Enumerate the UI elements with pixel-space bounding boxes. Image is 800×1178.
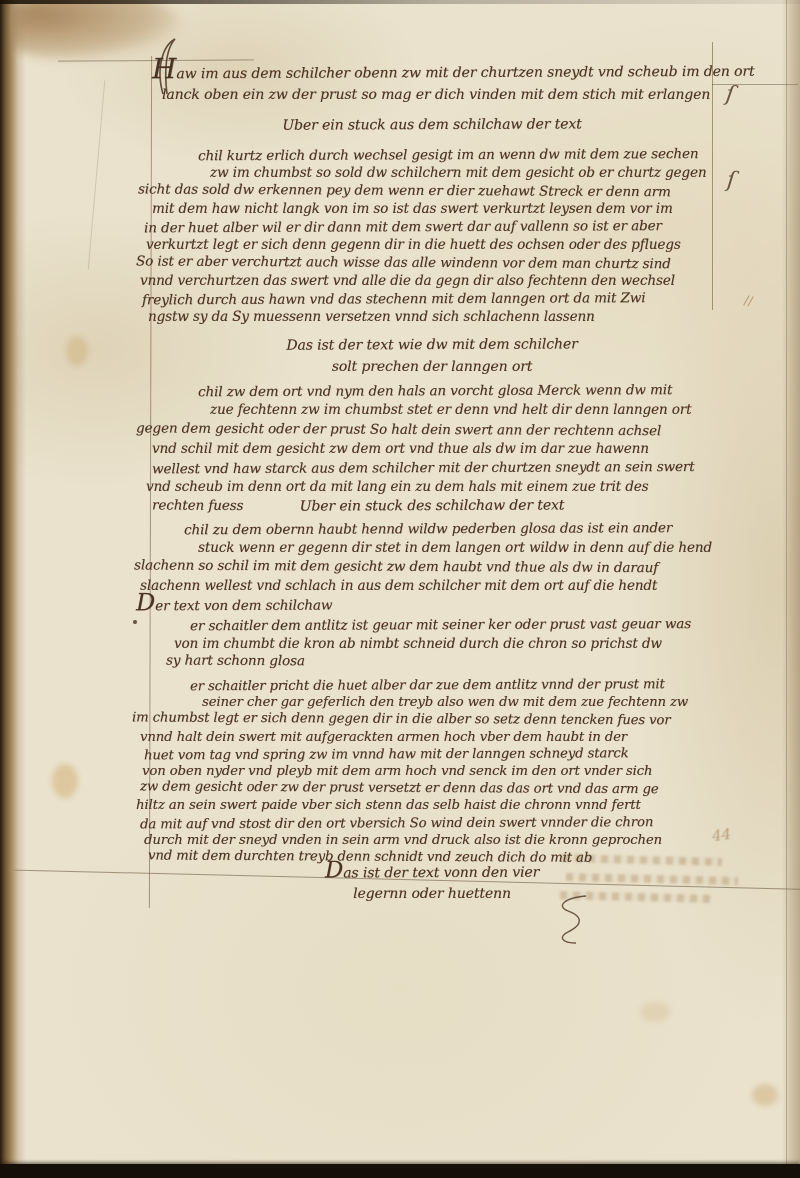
manuscript-photo: Haw im aus dem schilcher obenn zw mit de… — [0, 0, 800, 1178]
text-line: stuck wenn er gegenn dir stet in dem lan… — [198, 539, 752, 558]
text-line: Der text von dem schilchaw — [136, 595, 752, 617]
text-line: huet vom tag vnd spring zw im vnnd haw m… — [144, 744, 752, 764]
text-line: er schaitler pricht die huet alber dar z… — [190, 676, 752, 696]
text-line: ngstw sy da Sy muessenn versetzen vnnd s… — [148, 308, 752, 326]
text-line: in der huet alber wil er dir dann mit de… — [144, 217, 752, 238]
glosa-haubt: chil zu dem obernn haubt hennd wildw ped… — [152, 520, 752, 615]
fore-edge-line — [786, 0, 787, 1166]
text-line: er schaitler dem antlitz ist geuar mit s… — [190, 615, 752, 636]
text-line: zw im chumbst so sold dw schilchern mit … — [210, 164, 752, 182]
paragraph-opening-couplet: Haw im aus dem schilcher obenn zw mit de… — [152, 62, 752, 106]
text-line: Uber ein stuck des schilchaw der text — [152, 495, 712, 517]
text-line: da mit auf vnd stost dir den ort vbersic… — [140, 813, 752, 833]
scan-background — [0, 1164, 800, 1178]
initial-ascender-flourish — [141, 36, 181, 96]
text-line: vnd schil mit dem gesicht zw dem ort vnd… — [152, 440, 752, 459]
text-line: chil zu dem obernn haubt hennd wildw ped… — [184, 519, 752, 540]
text-line: solt prechen der lanngen ort — [152, 356, 712, 378]
text-line: Das ist der text vonn den vier — [152, 862, 712, 885]
closing-flourish — [548, 894, 612, 946]
margin-dot — [133, 620, 137, 624]
text-line: durch mit der sneyd vnden in sein arm vn… — [144, 832, 752, 849]
text-line: zue fechtenn zw im chumbst stet er denn … — [210, 401, 752, 420]
text-line: von im chumbt die kron ab nimbt schneid … — [174, 635, 752, 654]
text-line: Das ist der text wie dw mit dem schilche… — [152, 333, 712, 357]
folio-number: 44 — [711, 825, 732, 845]
text-line: slachenn wellest vnd schlach in aus dem … — [140, 577, 752, 596]
glosa-schilchaw: chil kurtz erlich durch wechsel gesigt i… — [152, 146, 752, 326]
text-line: chil zw dem ort vnd nym den hals an vorc… — [198, 381, 752, 403]
heading-schilchaw-stuck-2: Uber ein stuck des schilchaw der text — [152, 496, 712, 516]
stain — [640, 1002, 670, 1022]
text-line: zw dem gesicht oder zw der prust versetz… — [140, 779, 752, 799]
text-line: Uber ein stuck aus dem schilchaw der tex… — [152, 114, 712, 136]
text-line: mit dem haw nicht langk von im so ist da… — [152, 200, 752, 218]
paper-crease — [88, 80, 106, 269]
text-line: chil kurtz erlich durch wechsel gesigt i… — [198, 145, 752, 165]
text-line: sicht das sold dw erkennen pey dem wenn … — [138, 180, 752, 201]
heading-vier-leger: Das ist der text vonn den vierlegernn od… — [152, 863, 712, 905]
margin-slash-mark: // — [743, 293, 755, 309]
heading-langort-brechen: Das ist der text wie dw mit dem schilche… — [152, 334, 712, 378]
text-line: slachenn so schil im mit dem gesicht zw … — [134, 556, 752, 578]
text-line: verkurtzt legt er sich denn gegenn dir i… — [146, 236, 752, 254]
text-line: vnnd halt dein swert mit aufgerackten ar… — [140, 729, 752, 746]
text-line: legernn oder huettenn — [152, 884, 712, 905]
parchment-page: Haw im aus dem schilcher obenn zw mit de… — [0, 0, 800, 1166]
text-line: von oben nyder vnd pleyb mit dem arm hoc… — [142, 763, 752, 780]
binding-gutter — [0, 0, 26, 1166]
text-line: gegen dem gesicht oder der prust So halt… — [136, 419, 752, 442]
stain — [52, 764, 78, 798]
fore-edge — [782, 0, 800, 1166]
stain — [752, 1084, 778, 1106]
top-edge-shadow — [0, 0, 800, 4]
text-line: sy hart schonn glosa — [166, 651, 752, 673]
text-line: seiner cher gar geferlich den treyb also… — [202, 694, 752, 711]
text-line: freylich durch aus hawn vnd das stechenn… — [142, 289, 752, 310]
text-line: hiltz an sein swert paide vber sich sten… — [136, 797, 752, 814]
glosa-schaitler: er schaitler pricht die huet alber dar z… — [152, 677, 752, 866]
text-line: Haw im aus dem schilcher obenn zw mit de… — [152, 61, 752, 86]
stain — [66, 336, 88, 366]
text-line: So ist er aber verchurtzt auch wisse das… — [136, 252, 752, 273]
text-line: vnnd verchurtzen das swert vnd alle die … — [140, 272, 752, 290]
text-line: wellest vnd haw starck aus dem schilcher… — [152, 458, 752, 480]
text-line: im chumbst legt er sich denn gegen dir i… — [132, 710, 752, 730]
text-schaitler: er schaitler dem antlitz ist geuar mit s… — [152, 616, 752, 672]
text-line: lanck oben ein zw der prust so mag er di… — [162, 84, 752, 106]
heading-schilchaw-stuck-1: Uber ein stuck aus dem schilchaw der tex… — [152, 115, 712, 135]
